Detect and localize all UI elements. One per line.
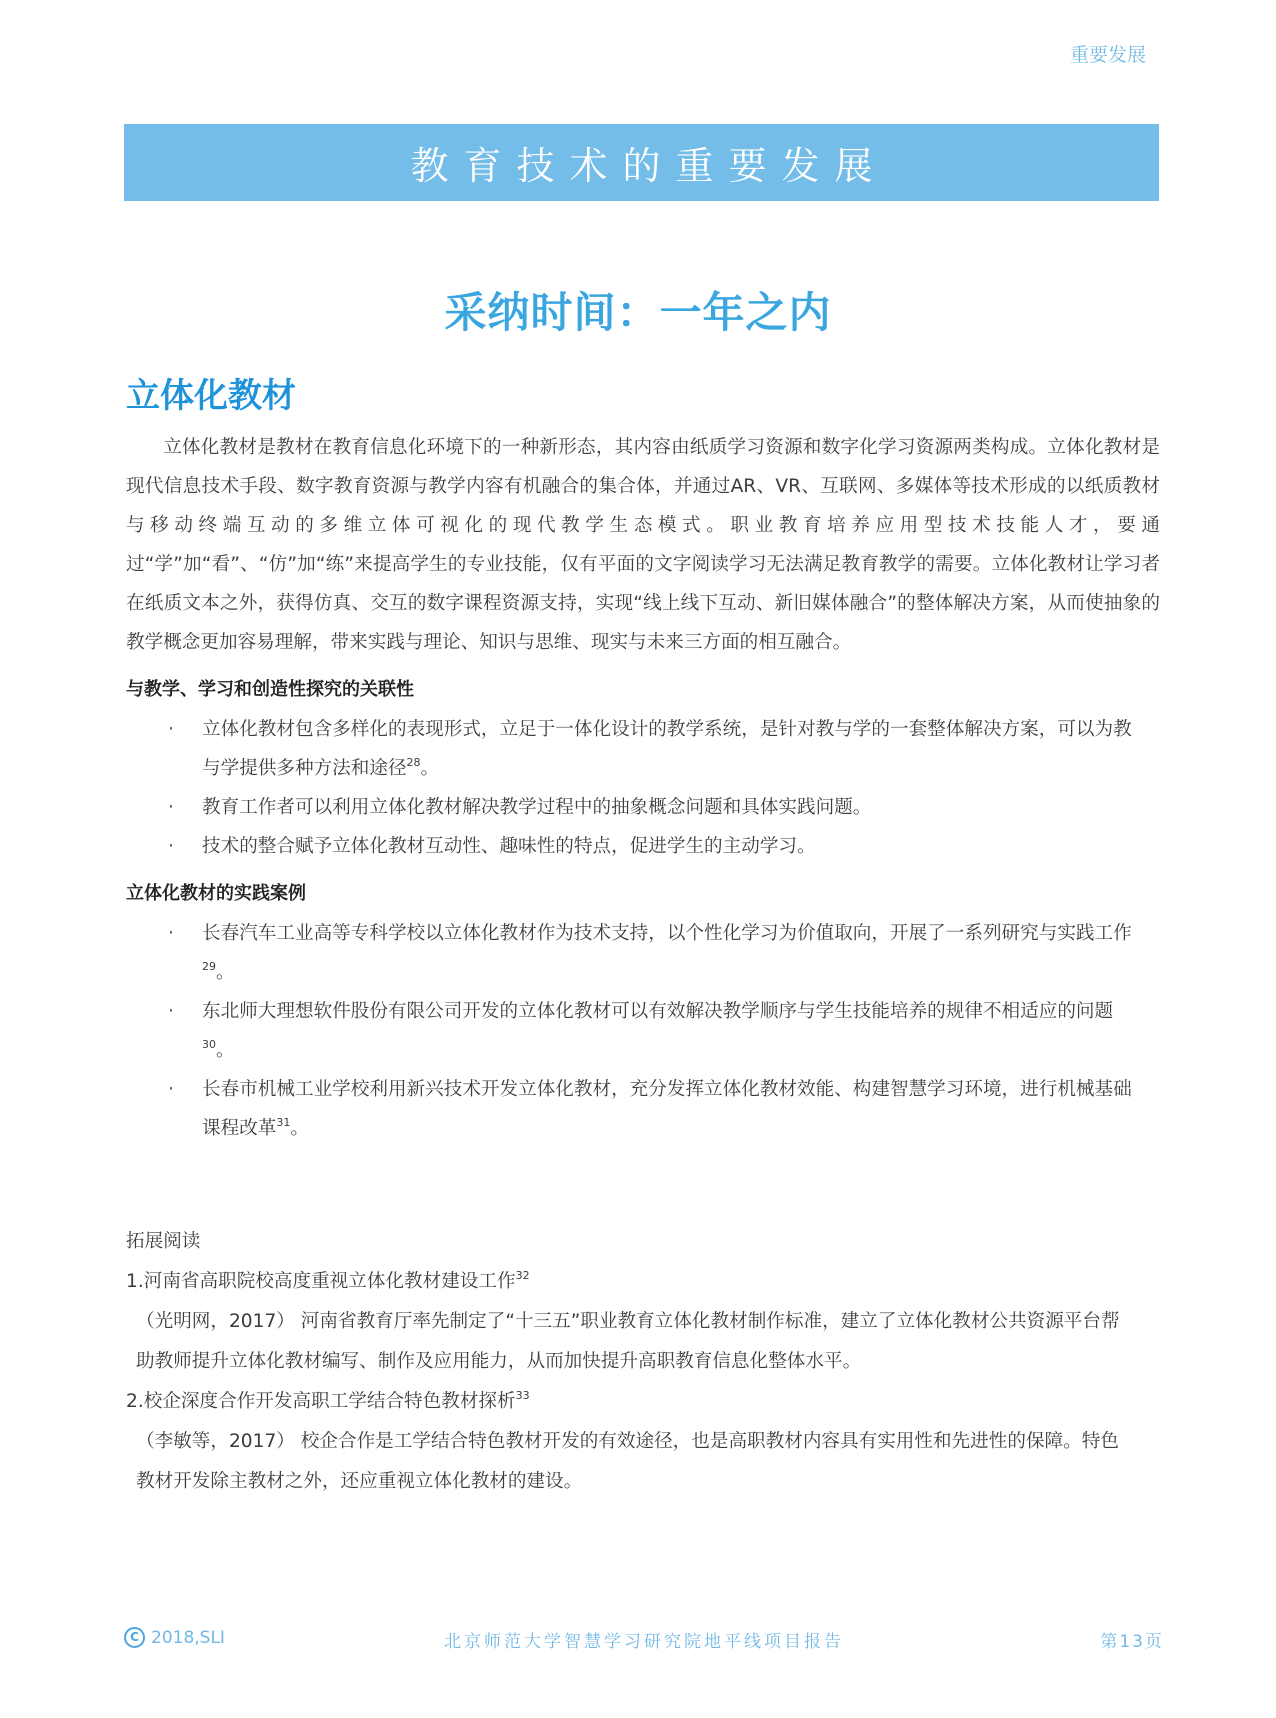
list-item-text: 立体化教材包含多样化的表现形式，立足于一体化设计的教学系统，是针对教与学的一套整… [202, 719, 1132, 779]
footnote-ref[interactable]: 28 [407, 756, 421, 769]
bullet-icon: · [168, 827, 174, 866]
reading-item-body: （李敏等，2017） 校企合作是工学结合特色教材开发的有效途径，也是高职教材内容… [126, 1422, 1166, 1502]
further-reading-label: 拓展阅读 [126, 1222, 1166, 1262]
list-item: · 长春市机械工业学校利用新兴技术开发立体化教材，充分发挥立体化教材效能、构建智… [126, 1070, 1160, 1148]
section-title: 立体化教材 [126, 368, 296, 417]
list-item: · 东北师大理想软件股份有限公司开发的立体化教材可以有效解决教学顺序与学生技能培… [126, 992, 1160, 1070]
chapter-banner: 教育技术的重要发展 [124, 124, 1159, 201]
running-header: 重要发展 [1070, 40, 1146, 67]
list-item: · 技术的整合赋予立体化教材互动性、趣味性的特点，促进学生的主动学习。 [126, 827, 1160, 866]
bullet-icon: · [168, 992, 174, 1031]
reading-item-title: 2.校企深度合作开发高职工学结合特色教材探析33 [126, 1382, 1166, 1422]
footnote-ref[interactable]: 31 [276, 1116, 290, 1129]
reading-title-text: 2.校企深度合作开发高职工学结合特色教材探析 [126, 1391, 516, 1412]
list-item-end: 。 [216, 962, 235, 983]
list-item-text: 技术的整合赋予立体化教材互动性、趣味性的特点，促进学生的主动学习。 [202, 836, 816, 857]
list-item-end: 。 [290, 1118, 309, 1139]
list-item-text: 长春汽车工业高等专科学校以立体化教材作为技术支持，以个性化学习为价值取向，开展了… [202, 923, 1132, 944]
footnote-ref[interactable]: 30 [202, 1038, 216, 1051]
list-item-end: 。 [421, 758, 440, 779]
list-item-end: 。 [216, 1040, 235, 1061]
relevance-list: · 立体化教材包含多样化的表现形式，立足于一体化设计的教学系统，是针对教与学的一… [126, 710, 1160, 866]
list-item: · 长春汽车工业高等专科学校以立体化教材作为技术支持，以个性化学习为价值取向，开… [126, 914, 1160, 992]
intro-paragraph: 立体化教材是教材在教育信息化环境下的一种新形态，其内容由纸质学习资源和数字化学习… [126, 428, 1160, 662]
report-title: 北京师范大学智慧学习研究院地平线项目报告 [124, 1627, 1164, 1652]
banner-title: 教育技术的重要发展 [395, 135, 887, 190]
list-item: · 立体化教材包含多样化的表现形式，立足于一体化设计的教学系统，是针对教与学的一… [126, 710, 1160, 788]
footnote-ref[interactable]: 32 [516, 1269, 530, 1282]
list-item: · 教育工作者可以利用立体化教材解决教学过程中的抽象概念问题和具体实践问题。 [126, 788, 1160, 827]
footnote-ref[interactable]: 29 [202, 960, 216, 973]
list-item-text: 教育工作者可以利用立体化教材解决教学过程中的抽象概念问题和具体实践问题。 [202, 797, 871, 818]
reading-title-text: 1.河南省高职院校高度重视立体化教材建设工作 [126, 1271, 516, 1292]
section-content: 立体化教材是教材在教育信息化环境下的一种新形态，其内容由纸质学习资源和数字化学习… [126, 428, 1160, 1148]
footnote-ref[interactable]: 33 [516, 1389, 530, 1402]
bullet-icon: · [168, 710, 174, 749]
page-footer: C 2018,SLI 北京师范大学智慧学习研究院地平线项目报告 第13页 [124, 1627, 1164, 1655]
reading-item-title: 1.河南省高职院校高度重视立体化教材建设工作32 [126, 1262, 1166, 1302]
list-item-text: 长春市机械工业学校利用新兴技术开发立体化教材，充分发挥立体化教材效能、构建智慧学… [202, 1079, 1132, 1139]
page-number: 第13页 [1100, 1627, 1164, 1652]
further-reading: 拓展阅读 1.河南省高职院校高度重视立体化教材建设工作32 （光明网，2017）… [126, 1222, 1166, 1502]
list-item-text: 东北师大理想软件股份有限公司开发的立体化教材可以有效解决教学顺序与学生技能培养的… [202, 1001, 1113, 1022]
reading-item-body: （光明网，2017） 河南省教育厅率先制定了“十三五”职业教育立体化教材制作标准… [126, 1302, 1166, 1382]
cases-heading: 立体化教材的实践案例 [126, 876, 1160, 912]
bullet-icon: · [168, 914, 174, 953]
bullet-icon: · [168, 788, 174, 827]
bullet-icon: · [168, 1070, 174, 1109]
relevance-heading: 与教学、学习和创造性探究的关联性 [126, 672, 1160, 708]
cases-list: · 长春汽车工业高等专科学校以立体化教材作为技术支持，以个性化学习为价值取向，开… [126, 914, 1160, 1148]
adoption-time-title: 采纳时间：一年之内 [0, 280, 1276, 340]
